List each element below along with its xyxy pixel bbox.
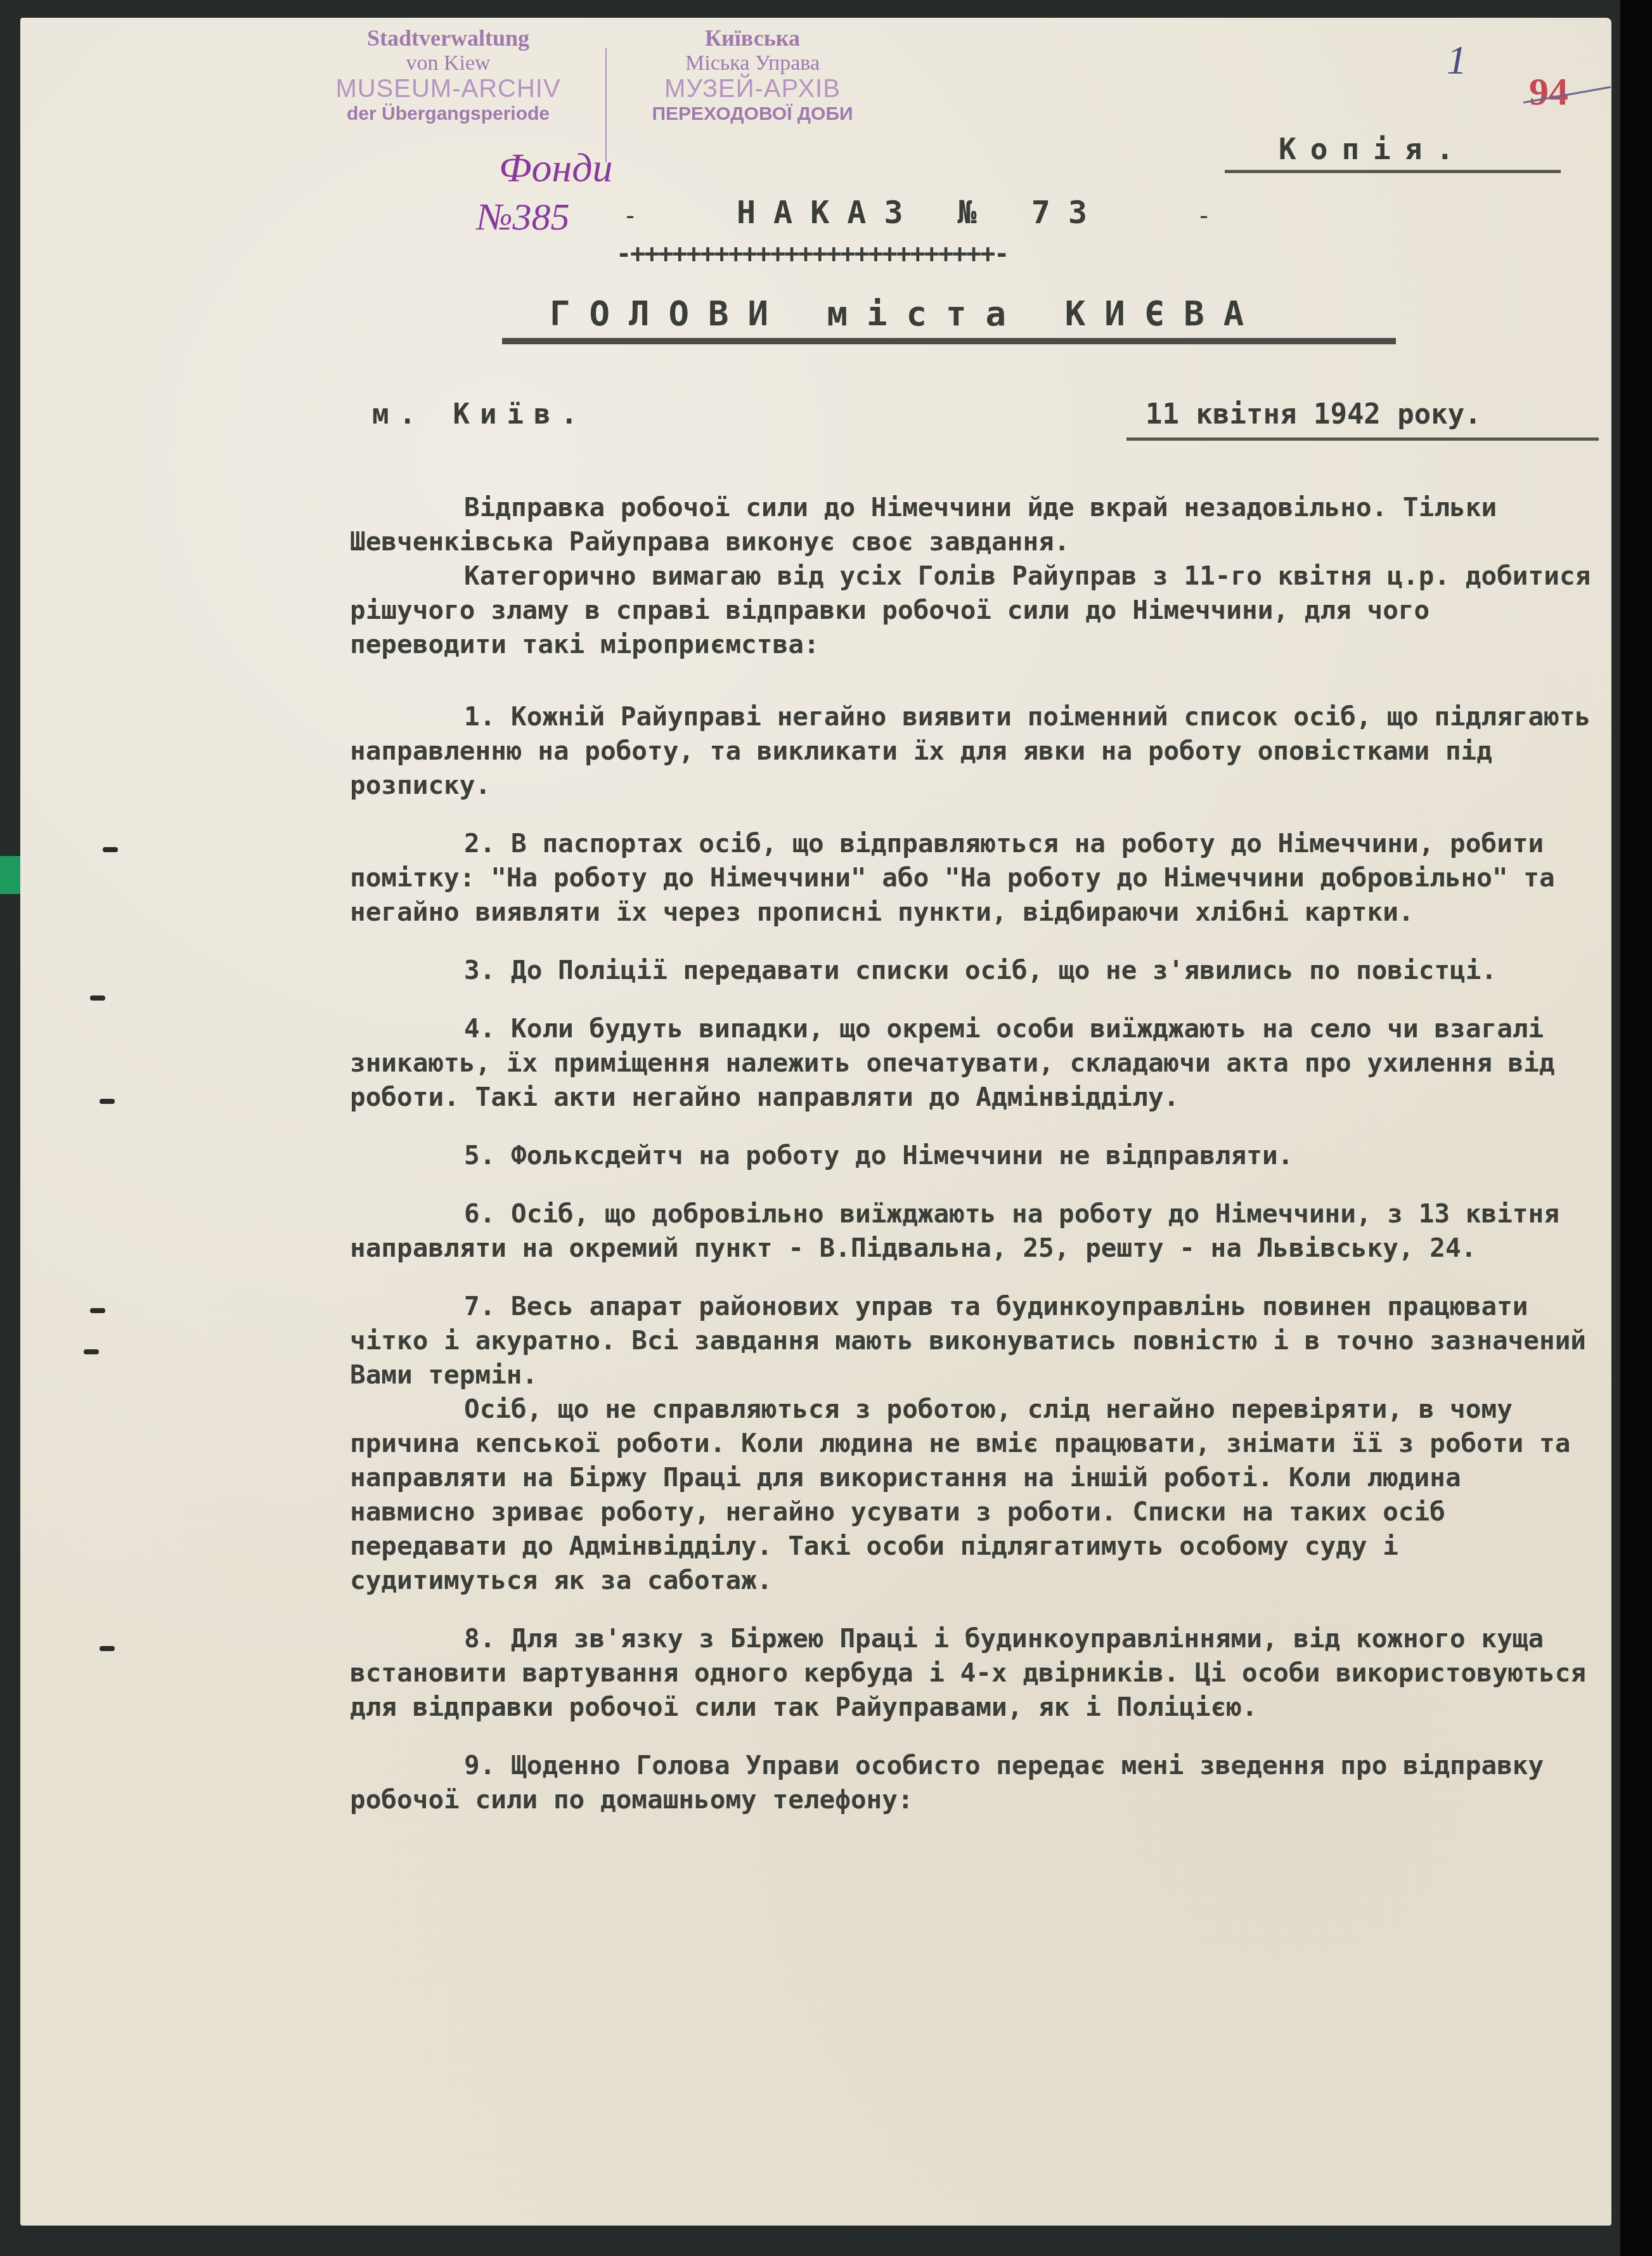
list-item-6: 6. Осіб, що добровільно виїжджають на ро…	[350, 1196, 1592, 1265]
order-title: НАКАЗ № 73	[737, 194, 1105, 231]
handwritten-fond-label: Фонди	[499, 145, 613, 191]
list-item-8: 8. Для зв'язку з Біржею Праці і будинкоу…	[350, 1621, 1592, 1724]
archive-stamp-ukrainian: Київська Міська Управа МУЗЕЙ-АРХІВ ПЕРЕХ…	[616, 25, 889, 127]
list-item-2: 2. В паспортах осіб, що відправляються н…	[350, 826, 1592, 929]
place: м. Київ.	[372, 398, 588, 431]
order-body: Відправка робочої сили до Німеччини йде …	[350, 490, 1592, 1817]
binding-hole	[84, 1349, 99, 1354]
document-page: Stadtverwaltung von Kiew MUSEUM-ARCHIV d…	[20, 18, 1611, 2226]
crossed-out-page-number: 94	[1529, 70, 1568, 115]
scanner-edge	[1620, 0, 1652, 2256]
binding-hole	[90, 1308, 105, 1313]
dash-right: -	[1196, 202, 1211, 231]
green-marker-tab	[0, 856, 20, 894]
copy-underline	[1225, 170, 1561, 173]
stamp-line: MUSEUM-ARCHIV	[299, 76, 597, 101]
order-subtitle: ГОЛОВИ міста КИЄВА	[550, 294, 1263, 334]
stamp-line: Stadtverwaltung	[299, 25, 597, 51]
list-item-9: 9. Щоденно Голова Управи особисто переда…	[350, 1748, 1592, 1817]
binding-hole	[90, 995, 105, 1001]
binding-hole	[100, 1646, 115, 1651]
list-item-7-continued: Осіб, що не справляються з роботою, слід…	[350, 1392, 1592, 1597]
date-underline	[1126, 438, 1599, 441]
list-item-5: 5. Фольксдейтч на роботу до Німеччини не…	[350, 1138, 1592, 1172]
stamp-line: Міська Управа	[616, 51, 889, 76]
title-separator: -++++++++++++++++++++++++++-	[616, 240, 1008, 269]
list-item-7: 7. Весь апарат районових управ та будинк…	[350, 1289, 1592, 1392]
handwritten-fond-number: №385	[477, 195, 570, 239]
subtitle-underline	[502, 338, 1396, 344]
binding-hole	[100, 1099, 115, 1104]
list-item-3: 3. До Поліції передавати списки осіб, що…	[350, 953, 1592, 987]
stamp-line: von Kiew	[299, 51, 597, 76]
binding-hole	[103, 847, 118, 852]
copy-label: Копія.	[1279, 132, 1468, 166]
stamp-line: der Übergangsperiode	[299, 101, 597, 127]
date: 11 квітня 1942 року.	[1145, 398, 1481, 431]
paragraph-intro: Відправка робочої сили до Німеччини йде …	[350, 490, 1592, 559]
stamp-line: МУЗЕЙ-АРХІВ	[616, 76, 889, 101]
list-item-1: 1. Кожній Райуправі негайно виявити поім…	[350, 699, 1592, 802]
stamp-line: ПЕРЕХОДОВОЇ ДОБИ	[616, 101, 889, 127]
archive-stamp-german: Stadtverwaltung von Kiew MUSEUM-ARCHIV d…	[299, 25, 597, 127]
page-number: 1	[1447, 37, 1467, 84]
paragraph-demand: Категорично вимагаю від усіх Голів Райуп…	[350, 559, 1592, 661]
dash-left: -	[623, 202, 638, 231]
stamp-line: Київська	[616, 25, 889, 51]
list-item-4: 4. Коли будуть випадки, що окремі особи …	[350, 1011, 1592, 1114]
